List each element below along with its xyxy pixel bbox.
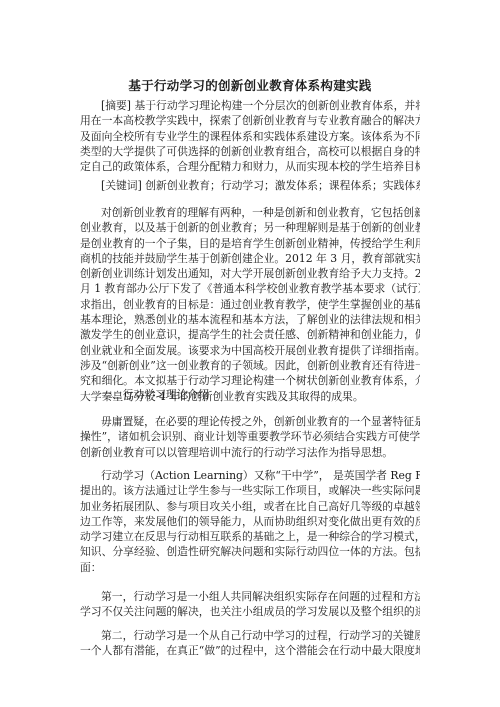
section-paragraph-2: 行动学习（Action Learning）又称“干中学”， 是英国学者 Reg … (80, 468, 420, 575)
section-heading-text: 一、行动学习理论介绍 (80, 387, 420, 402)
intro-paragraph: 对创新创业教育的理解有两种，一种是创新和创业教育，它包括创新教育和 创业教育，以… (80, 205, 420, 404)
paragraph-line: 激发学生的创业意识，提高学生的社会责任感、创新精神和创业能力，促进学生 (80, 327, 420, 342)
abstract: [摘要] 基于行动学习理论构建一个分层次的创新创业教育体系，并将其运 用在一本高… (80, 98, 420, 174)
abstract-line: 及面向全校所有专业学生的课程体系和实践体系建设方案。该体系为不同层次和 (80, 129, 420, 144)
abstract-line: 定自己的政策体系，合理分配精力和财力，从而实现本校的学生培养目标。 (80, 159, 420, 174)
abstract-line: 类型的大学提供了可供选择的创新创业教育组合，高校可以根据自身的特点，制 (80, 144, 420, 159)
paragraph-line: 毋庸置疑，在必要的理论传授之外，创新创业教育的一个显著特征是其“实 (80, 414, 420, 429)
paragraph-line: 边工作等，来发展他们的领导能力，从而协助组织对变化做出更有效的反应。行 (80, 514, 420, 529)
keywords: [关键词] 创新创业教育；行动学习；激发体系；课程体系；实践体系 (80, 178, 420, 193)
paragraph-line: 创新创业教育可以以管理培训中流行的行动学习法作为指导思想。 (80, 445, 420, 460)
paragraph-line: 是创业教育的一个子集，目的是培育学生创新创业精神，传授给学生利用和抓住 (80, 236, 420, 251)
paragraph-line: 一个人都有潜能，在真正“做”的过程中，这个潜能会在行动中最大限度地发挥出 (80, 643, 420, 658)
paragraph-line: 求指出，创业教育的目标是：通过创业教育教学，使学生掌握创业的基础知识和 (80, 297, 420, 312)
section-paragraph-3: 第一，行动学习是一小组人共同解决组织实际存在问题的过程和方法。行动 学习不仅关注… (80, 589, 420, 620)
paragraph-line: 知识、分享经验、创造性研究解决问题和实际行动四位一体的方法。包括 4 个层 (80, 544, 420, 559)
abstract-line: [摘要] 基于行动学习理论构建一个分层次的创新创业教育体系，并将其运 (80, 98, 420, 113)
section-paragraph-1: 毋庸置疑，在必要的理论传授之外，创新创业教育的一个显著特征是其“实 操性”，诸如… (80, 414, 420, 460)
paragraph-line: 对创新创业教育的理解有两种，一种是创新和创业教育，它包括创新教育和 (80, 205, 420, 220)
paragraph-line: 面： (80, 560, 420, 575)
paragraph-line: 基本理论，熟悉创业的基本流程和基本方法，了解创业的法律法规和相关政策， (80, 312, 420, 327)
paragraph-line: 月 1 教育部办公厅下发了《普通本科学校创业教育教学基本要求（试行）》，该要 (80, 281, 420, 296)
paragraph-line: 创业教育，以及基于创新的创业教育；另一种理解则是基于创新的创业教育，它 (80, 220, 420, 235)
paragraph-line: 商机的技能并鼓励学生基于创新创建企业。2012 年 3 月，教育部就实施大学生 (80, 251, 420, 266)
paragraph-line: 学习不仅关注问题的解决，也关注小组成员的学习发展以及整个组织的进步。 (80, 604, 420, 619)
paragraph-line: 动学习建立在反思与行动相互联系的基础之上，是一种综合的学习模式，是学习 (80, 529, 420, 544)
paragraph-line: 涉及“创新创业”这一创业教育的子领域。因此，创新创业教育还有待进一步的研 (80, 358, 420, 373)
paragraph-line: 创新创业训练计划发出通知，对大学开展创新创业教育给予大力支持。2012 年 8 (80, 266, 420, 281)
keywords-line: [关键词] 创新创业教育；行动学习；激发体系；课程体系；实践体系 (80, 178, 420, 193)
paragraph-line: 第二，行动学习是一个从自己行动中学习的过程，行动学习的关键原则：每 (80, 628, 420, 643)
paragraph-line: 操性”，诸如机会识别、商业计划等重要教学环节必须结合实践方可使学生领悟。 (80, 429, 420, 444)
paragraph-line: 加业务拓展团队、参与项目攻关小组，或者在比自己高好几等级的卓越领导者身 (80, 499, 420, 514)
paragraph-line: 创业就业和全面发展。该要求为中国高校开展创业教育提供了详细指南。但并未 (80, 343, 420, 358)
section-heading: 一、行动学习理论介绍 (80, 387, 420, 402)
paragraph-line: 提出的。该方法通过让学生参与一些实际工作项目，或解决一些实际问题，如参 (80, 483, 420, 498)
paper-title: 基于行动学习的创新创业教育体系构建实践 (0, 76, 500, 94)
document-page: 基于行动学习的创新创业教育体系构建实践 [摘要] 基于行动学习理论构建一个分层次… (0, 0, 500, 707)
section-paragraph-4: 第二，行动学习是一个从自己行动中学习的过程，行动学习的关键原则：每 一个人都有潜… (80, 628, 420, 659)
paragraph-line: 第一，行动学习是一小组人共同解决组织实际存在问题的过程和方法。行动 (80, 589, 420, 604)
paragraph-line: 行动学习（Action Learning）又称“干中学”， 是英国学者 Reg … (80, 468, 420, 483)
abstract-line: 用在一本高校教学实践中，探索了创新创业教育与专业教育融合的解决方案，以 (80, 113, 420, 128)
